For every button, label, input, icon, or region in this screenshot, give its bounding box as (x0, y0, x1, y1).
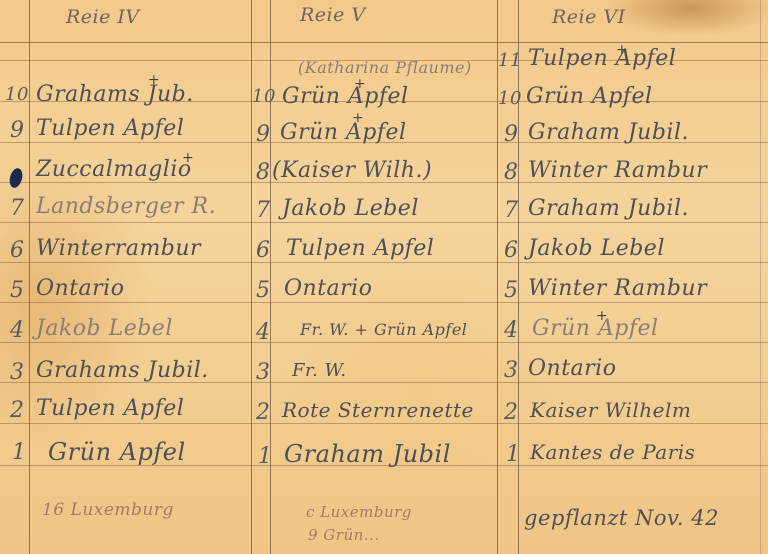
cross-mark-icon: + (596, 308, 608, 324)
variety-name: Kaiser Wilhelm (530, 398, 691, 422)
cross-mark-icon: + (182, 150, 194, 166)
cross-mark-icon: + (148, 72, 160, 88)
row-number: 7 (256, 198, 271, 223)
variety-name: Grün Apfel (280, 120, 407, 145)
row-number: 3 (504, 358, 519, 383)
variety-name: Landsberger R. (36, 194, 216, 219)
variety-name: Rote Sternrenette (282, 398, 474, 422)
variety-name: Fr. W. + Grün Apfel (300, 320, 467, 339)
variety-name: Grahams Jubil. (36, 358, 209, 383)
variety-name: Graham Jubil. (528, 120, 689, 145)
variety-name: Jakob Lebel (528, 236, 665, 261)
row-rule (0, 423, 768, 424)
cross-mark-icon: + (354, 76, 366, 92)
variety-name: Winter Rambur (528, 158, 707, 183)
column-divider (497, 0, 498, 554)
variety-name: Tulpen Apfel (286, 236, 434, 261)
row-number: 8 (504, 160, 519, 185)
variety-name: Grün Apfel (526, 84, 653, 109)
variety-name: Fr. W. (292, 360, 347, 381)
row-number: 6 (10, 238, 25, 263)
row-number: 2 (504, 400, 519, 425)
row-number: 5 (256, 278, 271, 303)
row-rule (0, 302, 768, 303)
variety-name: Grün Apfel (48, 438, 186, 466)
row-number: 10 (252, 86, 276, 107)
cross-mark-icon: + (616, 42, 628, 58)
row-rule (0, 262, 768, 263)
column-divider (270, 0, 271, 554)
row-number: 10 (5, 84, 29, 105)
variety-name: (Kaiser Wilh.) (272, 158, 432, 183)
row-number: 1 (12, 440, 27, 465)
column-divider (251, 0, 252, 554)
column-header-reie-vi: Reie VI (552, 6, 626, 28)
row-number: 3 (256, 360, 271, 385)
row-number: 6 (256, 238, 271, 263)
footer-note-2: 9 Grün... (308, 526, 380, 544)
row-number: 7 (10, 196, 25, 221)
variety-name: Jakob Lebel (282, 196, 419, 221)
footer-note: 16 Luxemburg (42, 500, 174, 520)
row-number: 6 (504, 238, 519, 263)
variety-name: Ontario (284, 276, 372, 301)
variety-name: Graham Jubil. (528, 196, 689, 221)
row-number: 2 (256, 400, 271, 425)
row-number: 3 (10, 360, 25, 385)
row-number: 11 (498, 50, 522, 71)
row-number: 7 (504, 198, 519, 223)
variety-name: Grahams Jub. (36, 82, 194, 107)
column-note: (Katharina Pflaume) (298, 58, 472, 77)
row-number: 9 (256, 122, 271, 147)
margin-line (29, 0, 30, 554)
variety-name: Tulpen Apfel (36, 116, 184, 141)
row-number: 4 (504, 318, 519, 343)
header-rule (0, 42, 768, 43)
right-edge-line (760, 0, 761, 554)
row-number: 10 (498, 88, 522, 109)
planting-date-note: gepflanzt Nov. 42 (524, 506, 719, 530)
variety-name: Winterrambur (36, 236, 201, 261)
variety-name: Ontario (36, 276, 124, 301)
column-divider (518, 0, 519, 554)
cross-mark-icon: + (352, 110, 364, 126)
variety-name: Kantes de Paris (530, 440, 695, 464)
row-number: 1 (506, 442, 521, 467)
row-number: 1 (258, 444, 273, 469)
variety-name: Tulpen Apfel (36, 396, 184, 421)
variety-name: Winter Rambur (528, 276, 707, 301)
row-number: 8 (256, 160, 271, 185)
row-number: 4 (256, 320, 271, 345)
column-header-reie-v: Reie V (300, 4, 366, 26)
row-number: 9 (504, 122, 519, 147)
variety-name: Tulpen Apfel (528, 46, 676, 71)
column-header-reie-iv: Reie IV (66, 6, 140, 28)
row-rule (0, 222, 768, 223)
variety-name: Ontario (528, 356, 616, 381)
row-number: 9 (10, 118, 25, 143)
row-number: 5 (10, 278, 25, 303)
footer-note: c Luxemburg (306, 503, 412, 521)
row-number: 2 (10, 398, 25, 423)
variety-name: Zuccalmaglio (36, 157, 192, 182)
row-number: 4 (10, 318, 25, 343)
variety-name: Graham Jubil (284, 440, 451, 468)
variety-name: Jakob Lebel (36, 316, 173, 341)
row-number: 5 (504, 278, 519, 303)
variety-name: Grün Apfel (282, 84, 409, 109)
row-rule (0, 342, 768, 343)
